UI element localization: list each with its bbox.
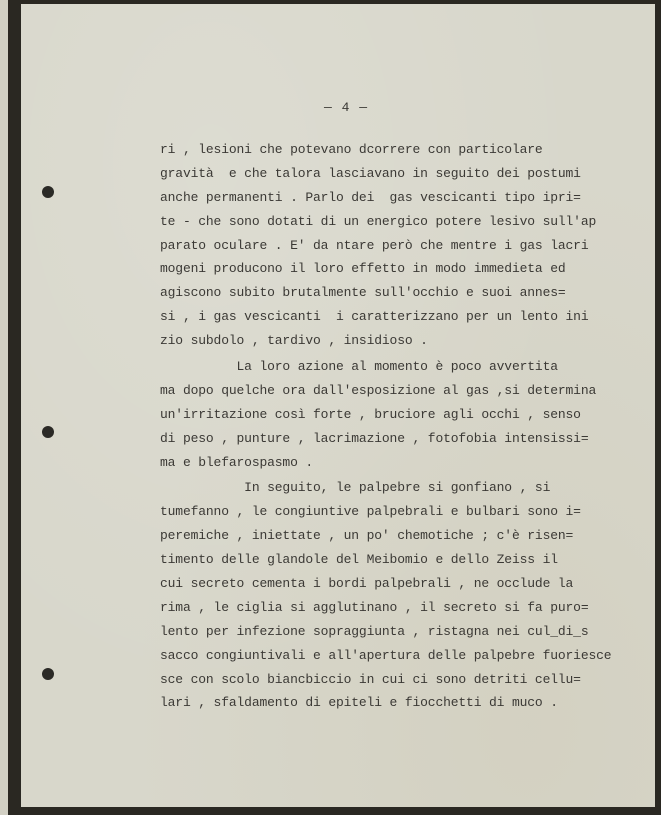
paragraph: La loro azione al momento è poco avverti… xyxy=(160,355,620,474)
punch-hole xyxy=(42,186,54,198)
text-line: zio subdolo , tardivo , insidioso . xyxy=(160,329,620,353)
text-line: agiscono subito brutalmente sull'occhio … xyxy=(160,281,620,305)
text-line: La loro azione al momento è poco avverti… xyxy=(160,355,620,379)
punch-hole xyxy=(42,668,54,680)
text-line: si , i gas vescicanti i caratterizzano p… xyxy=(160,305,620,329)
text-line: In seguito, le palpebre si gonfiano , si xyxy=(160,476,620,500)
punch-hole xyxy=(42,426,54,438)
previous-page-edge xyxy=(0,0,8,815)
text-line: peremiche , iniettate , un po' chemotich… xyxy=(160,524,620,548)
text-line: te - che sono dotati di un energico pote… xyxy=(160,210,620,234)
document-page: — 4 — ri , lesioni che potevano dcorrere… xyxy=(21,4,655,807)
text-line: cui secreto cementa i bordi palpebrali ,… xyxy=(160,572,620,596)
text-line: anche permanenti . Parlo dei gas vescica… xyxy=(160,186,620,210)
text-line: lento per infezione sopraggiunta , rista… xyxy=(160,620,620,644)
text-line: parato oculare . E' da ntare però che me… xyxy=(160,234,620,258)
text-line: mogeni producono il loro effetto in modo… xyxy=(160,257,620,281)
text-line: timento delle glandole del Meibomio e de… xyxy=(160,548,620,572)
typed-body-text: ri , lesioni che potevano dcorrere con p… xyxy=(160,138,620,715)
text-line: ri , lesioni che potevano dcorrere con p… xyxy=(160,138,620,162)
text-line: ma dopo quelche ora dall'esposizione al … xyxy=(160,379,620,403)
text-line: lari , sfaldamento di epiteli e fiocchet… xyxy=(160,691,620,715)
paragraph: In seguito, le palpebre si gonfiano , si… xyxy=(160,476,620,715)
text-line: di peso , punture , lacrimazione , fotof… xyxy=(160,427,620,451)
text-line: rima , le ciglia si agglutinano , il sec… xyxy=(160,596,620,620)
text-line: tumefanno , le congiuntive palpebrali e … xyxy=(160,500,620,524)
text-line: ma e blefarospasmo . xyxy=(160,451,620,475)
page-number: — 4 — xyxy=(311,100,381,115)
text-line: un'irritazione così forte , bruciore agl… xyxy=(160,403,620,427)
text-line: gravità e che talora lasciavano in segui… xyxy=(160,162,620,186)
paragraph: ri , lesioni che potevano dcorrere con p… xyxy=(160,138,620,353)
text-line: sacco congiuntivali e all'apertura delle… xyxy=(160,644,620,668)
text-line: sce con scolo biancbiccio in cui ci sono… xyxy=(160,668,620,692)
